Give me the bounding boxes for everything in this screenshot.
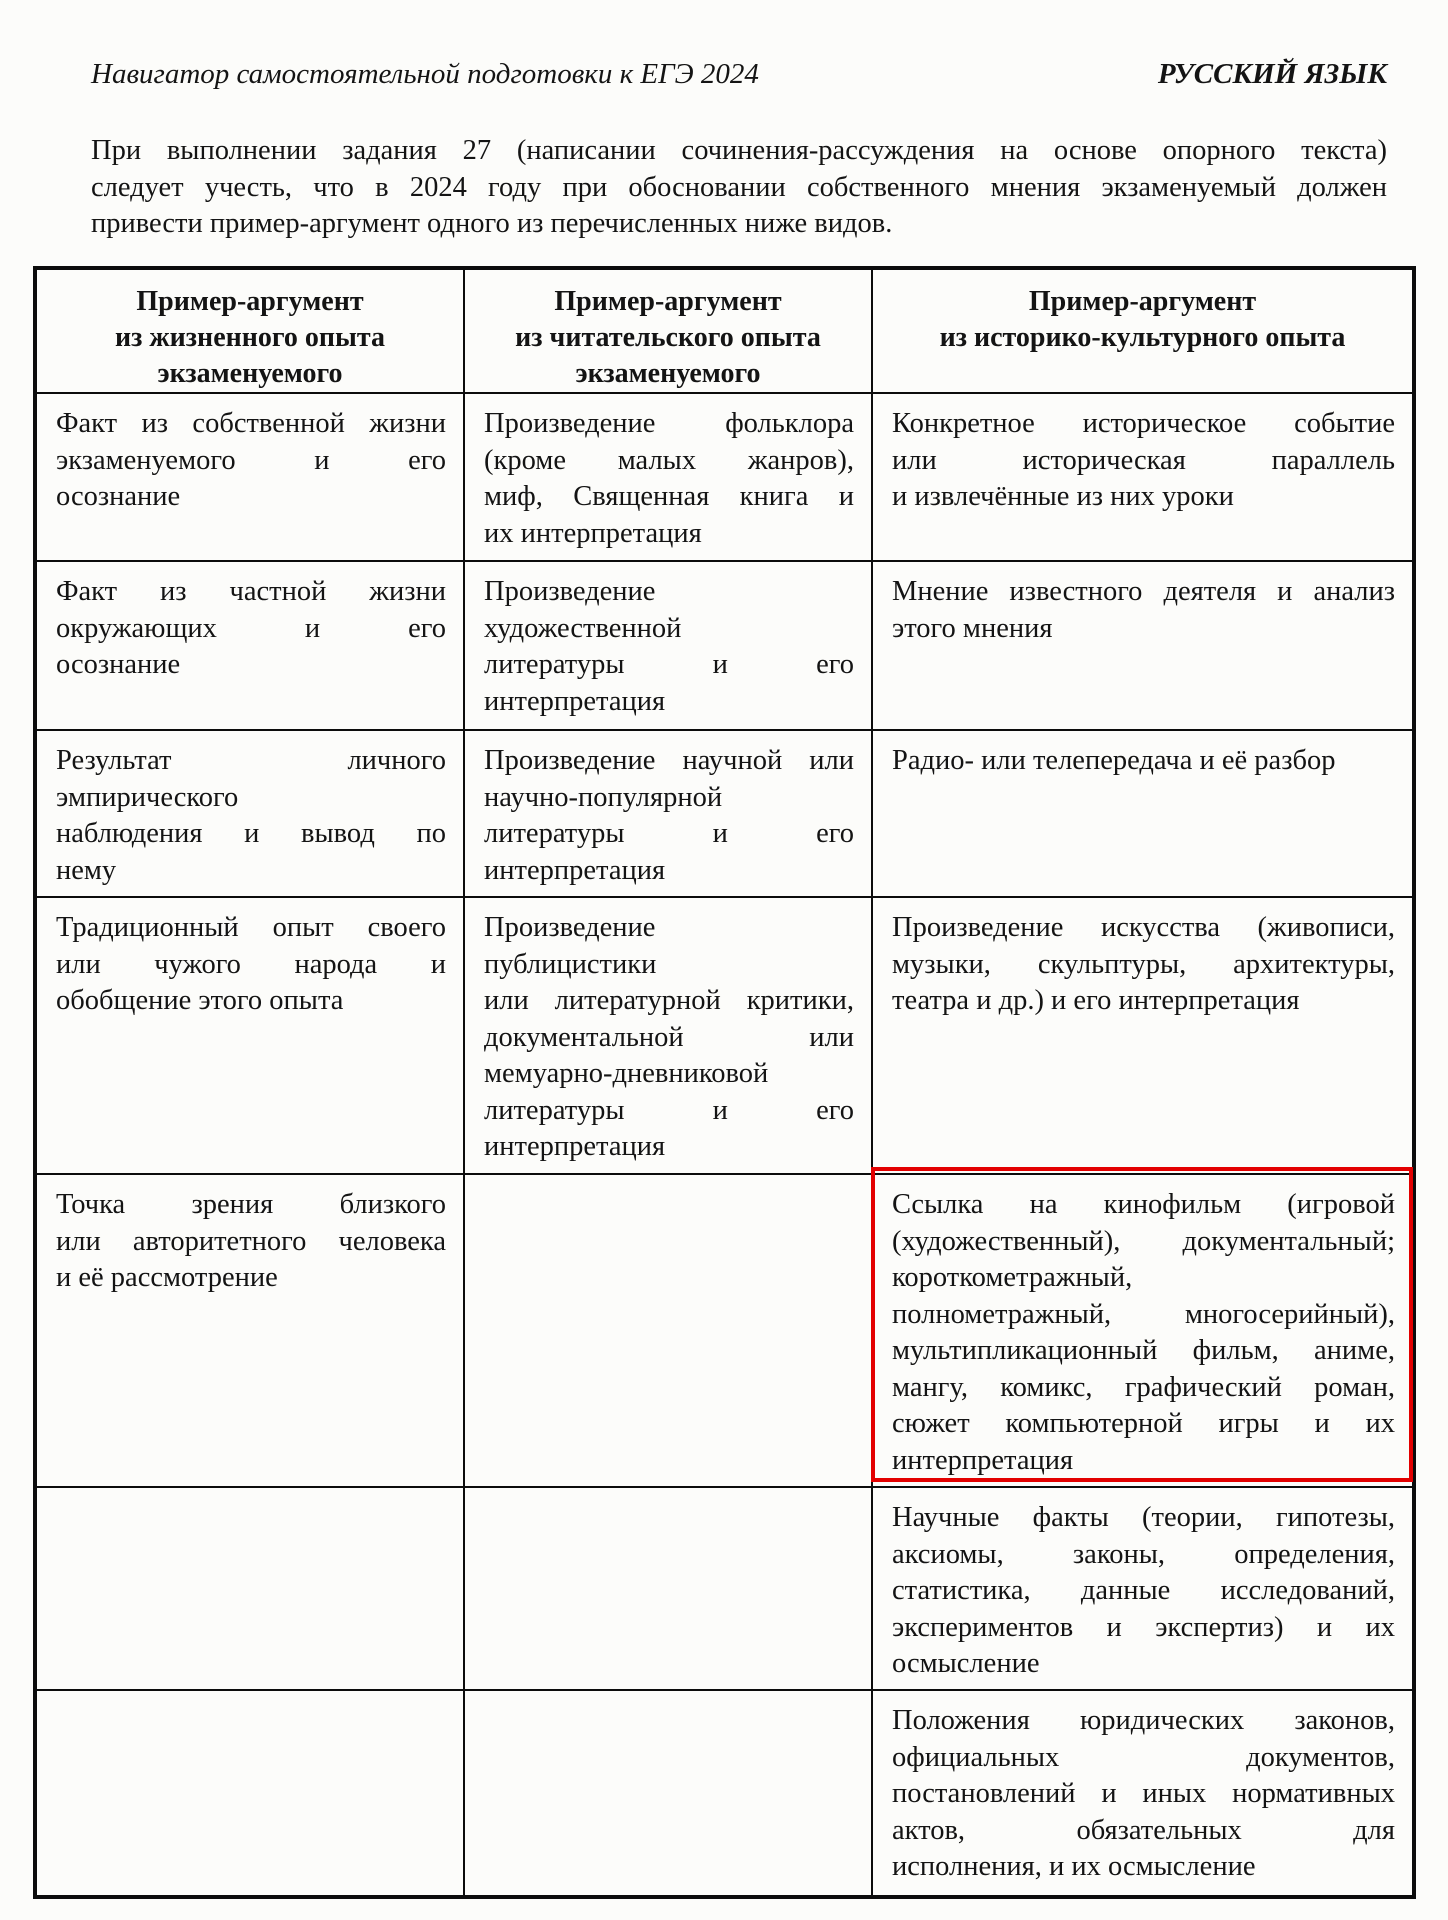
cell-line: миф, Священная книга и (484, 479, 854, 516)
header-line: из историко-культурного опыта (873, 320, 1412, 356)
cell-line: экзаменуемого и его (56, 443, 446, 480)
header-line: экзаменуемого (465, 356, 871, 392)
cell-line: Результат личного (56, 743, 446, 780)
table-cell-reader-experience: Произведениепублицистикиили литературной… (464, 897, 872, 1174)
cell-line: Радио- или телепередача и её разбор (892, 743, 1395, 780)
cell-line: Мнение известного деятеля и анализ (892, 574, 1395, 611)
cell-line: публицистики (484, 947, 854, 984)
header-reader-experience: Пример-аргументиз читательского опытаэкз… (464, 268, 872, 393)
cell-line: театра и др.) и его интерпретация (892, 983, 1395, 1020)
header-line: Пример-аргумент (465, 284, 871, 320)
table-cell-reader-experience (464, 1174, 872, 1487)
table-body: Факт из собственной жизниэкзаменуемого и… (35, 393, 1414, 1897)
cell-line: полнометражный, многосерийный), (892, 1297, 1395, 1334)
table-cell-historical-cultural: Положения юридических законов,официальны… (872, 1690, 1414, 1897)
cell-line: мемуарно-дневниковой (484, 1056, 854, 1093)
table-cell-historical-cultural: Радио- или телепередача и её разбор (872, 730, 1414, 897)
cell-line: или историческая параллель (892, 443, 1395, 480)
table-cell-life-experience (35, 1690, 464, 1897)
table-row: Факт из собственной жизниэкзаменуемого и… (35, 393, 1414, 561)
cell-line: (кроме малых жанров), (484, 443, 854, 480)
table-cell-life-experience (35, 1487, 464, 1690)
cell-line: Произведение научной или (484, 743, 854, 780)
table-cell-life-experience: Точка зрения близкогоили авторитетного ч… (35, 1174, 464, 1487)
cell-line: (художественный), документальный; (892, 1224, 1395, 1261)
cell-line: короткометражный, (892, 1260, 1395, 1297)
cell-line: документальной или (484, 1020, 854, 1057)
cell-line: мангу, комикс, графический роман, (892, 1370, 1395, 1407)
cell-line: или авторитетного человека (56, 1224, 446, 1261)
table-cell-reader-experience: Произведениехудожественнойлитературы и е… (464, 561, 872, 730)
header-line: экзаменуемого (37, 356, 463, 392)
cell-line: Произведение (484, 574, 854, 611)
cell-line: Произведение фольклора (484, 406, 854, 443)
cell-line: Традиционный опыт своего (56, 910, 446, 947)
cell-line: этого мнения (892, 611, 1395, 648)
table-cell-reader-experience: Произведение фольклора(кроме малых жанро… (464, 393, 872, 561)
header-line: из читательского опыта (465, 320, 871, 356)
table-row: Положения юридических законов,официальны… (35, 1690, 1414, 1897)
cell-line: официальных документов, (892, 1740, 1395, 1777)
cell-line: Факт из частной жизни (56, 574, 446, 611)
table-cell-historical-cultural: Конкретное историческое событиеили истор… (872, 393, 1414, 561)
cell-line: нему (56, 853, 446, 890)
cell-line: музыки, скульптуры, архитектуры, (892, 947, 1395, 984)
cell-line: или литературной критики, (484, 983, 854, 1020)
intro-line: При выполнении задания 27 (написании соч… (91, 133, 1387, 170)
cell-line: Научные факты (теории, гипотезы, (892, 1500, 1395, 1537)
cell-line: и извлечённые из них уроки (892, 479, 1395, 516)
table-cell-reader-experience: Произведение научной илинаучно-популярно… (464, 730, 872, 897)
cell-line: окружающих и его (56, 611, 446, 648)
cell-line: актов, обязательных для (892, 1813, 1395, 1850)
cell-line: наблюдения и вывод по (56, 816, 446, 853)
table-row: Факт из частной жизниокружающих и егоосо… (35, 561, 1414, 730)
table-cell-historical-cultural: Научные факты (теории, гипотезы,аксиомы,… (872, 1487, 1414, 1690)
table-row: Традиционный опыт своегоили чужого народ… (35, 897, 1414, 1174)
cell-line: сюжет компьютерной игры и их (892, 1406, 1395, 1443)
table-cell-historical-cultural: Произведение искусства (живописи,музыки,… (872, 897, 1414, 1174)
cell-line: исполнения, и их осмысление (892, 1849, 1395, 1886)
running-head: Навигатор самостоятельной подготовки к Е… (91, 58, 1387, 98)
cell-line: эмпирического (56, 780, 446, 817)
intro-line: следует учесть, что в 2024 году при обос… (91, 170, 1387, 207)
cell-line: научно-популярной (484, 780, 854, 817)
cell-line: интерпретация (484, 853, 854, 890)
table-cell-historical-cultural: Ссылка на кинофильм (игровой(художествен… (872, 1174, 1414, 1487)
cell-line: осознание (56, 479, 446, 516)
intro-paragraph: При выполнении задания 27 (написании соч… (91, 133, 1387, 243)
cell-line: интерпретация (892, 1443, 1395, 1480)
cell-line: экспериментов и экспертиз) и их (892, 1610, 1395, 1647)
cell-line: статистика, данные исследований, (892, 1573, 1395, 1610)
table-row: Научные факты (теории, гипотезы,аксиомы,… (35, 1487, 1414, 1690)
cell-line: Произведение (484, 910, 854, 947)
header-life-experience: Пример-аргументиз жизненного опытаэкзаме… (35, 268, 464, 393)
cell-line: мультипликационный фильм, аниме, (892, 1333, 1395, 1370)
cell-line: Конкретное историческое событие (892, 406, 1395, 443)
cell-line: или чужого народа и (56, 947, 446, 984)
table-cell-life-experience: Традиционный опыт своегоили чужого народ… (35, 897, 464, 1174)
cell-line: интерпретация (484, 684, 854, 721)
argument-types-table: Пример-аргументиз жизненного опытаэкзаме… (33, 266, 1416, 1899)
cell-line: постановлений и иных нормативных (892, 1776, 1395, 1813)
table-cell-reader-experience (464, 1690, 872, 1897)
table-cell-historical-cultural: Мнение известного деятеля и анализэтого … (872, 561, 1414, 730)
cell-line: Произведение искусства (живописи, (892, 910, 1395, 947)
table-cell-life-experience: Результат личногоэмпирическогонаблюдения… (35, 730, 464, 897)
cell-line: Точка зрения близкого (56, 1187, 446, 1224)
cell-line: литературы и его (484, 816, 854, 853)
cell-line: аксиомы, законы, определения, (892, 1537, 1395, 1574)
cell-line: и её рассмотрение (56, 1260, 446, 1297)
table-row: Точка зрения близкогоили авторитетного ч… (35, 1174, 1414, 1487)
cell-line: интерпретация (484, 1129, 854, 1166)
cell-line: осознание (56, 647, 446, 684)
cell-line: литературы и его (484, 1093, 854, 1130)
cell-line: Факт из собственной жизни (56, 406, 446, 443)
table-header-row: Пример-аргументиз жизненного опытаэкзаме… (35, 268, 1414, 393)
intro-line: привести пример-аргумент одного из переч… (91, 206, 1387, 243)
cell-line: Ссылка на кинофильм (игровой (892, 1187, 1395, 1224)
table-cell-reader-experience (464, 1487, 872, 1690)
cell-line: Положения юридических законов, (892, 1703, 1395, 1740)
subject-title: РУССКИЙ ЯЗЫК (1158, 58, 1387, 91)
header-historical-cultural-experience: Пример-аргументиз историко-культурного о… (872, 268, 1414, 393)
table-cell-life-experience: Факт из частной жизниокружающих и егоосо… (35, 561, 464, 730)
document-series-title: Навигатор самостоятельной подготовки к Е… (91, 58, 759, 91)
cell-line: их интерпретация (484, 516, 854, 553)
cell-line: обобщение этого опыта (56, 983, 446, 1020)
header-line: Пример-аргумент (37, 284, 463, 320)
cell-line: художественной (484, 611, 854, 648)
header-line: Пример-аргумент (873, 284, 1412, 320)
cell-line: литературы и его (484, 647, 854, 684)
cell-line: осмысление (892, 1646, 1395, 1683)
header-line: из жизненного опыта (37, 320, 463, 356)
table-cell-life-experience: Факт из собственной жизниэкзаменуемого и… (35, 393, 464, 561)
table-row: Результат личногоэмпирическогонаблюдения… (35, 730, 1414, 897)
